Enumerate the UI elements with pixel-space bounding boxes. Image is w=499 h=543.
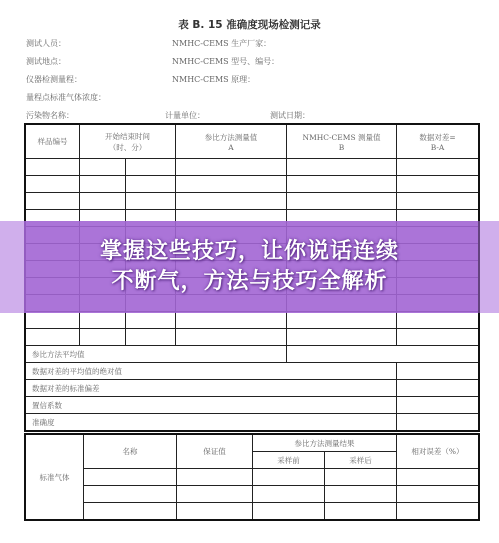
table-cell [176,176,287,193]
table-cell [126,312,176,329]
summary-row-accuracy: 准确度 [26,414,479,431]
table-cell [26,312,80,329]
table-cell [80,176,126,193]
table-cell [26,176,80,193]
table-header-row: 样品编号 开始结束时间 （时、分） 参比方法测量值 A NMHC-CEMS 测量… [26,125,479,159]
table-cell [80,159,126,176]
meta-instrument-range: 仪器检测量程： [26,74,82,85]
headline-line-2: 不断气，方法与技巧全解析 [111,267,387,297]
table-cell [176,159,287,176]
gas-row [26,486,479,503]
table-cell [176,329,287,346]
table-row [26,193,479,210]
standard-gas-table: 标准气体 名称 保证值 参比方法测量结果 相对误差（%） 采样前 采样后 [25,434,479,520]
meta-date: 测试日期： [270,110,310,121]
meta-principle: NMHC-CEMS 原理： [172,74,255,85]
headline-line-1: 掌握这些技巧，让你说话连续 [100,237,399,267]
table-cell [287,176,397,193]
summary-row-std-dev: 数据对差的标准偏差 [26,380,479,397]
table-cell [287,193,397,210]
table-cell [80,312,126,329]
table-cell [397,176,479,193]
gas-row [26,469,479,486]
header-difference: 数据对差= B-A [397,125,479,159]
summary-value [397,414,479,431]
summary-row-confidence: 置信系数 [26,397,479,414]
gas-row [26,503,479,520]
table-cell [287,329,397,346]
table-cell [397,159,479,176]
table-cell [80,193,126,210]
table-cell [126,193,176,210]
table-row [26,176,479,193]
table-cell [287,159,397,176]
meta-unit: 计量单位： [165,110,205,121]
header-ref-result: 参比方法测量结果 [253,435,397,452]
table-cell [126,159,176,176]
table-row [26,159,479,176]
summary-row-ref-average: 参比方法平均值 [26,346,479,363]
table-cell [397,193,479,210]
table-cell [126,329,176,346]
headline-banner: 掌握这些技巧，让你说话连续 不断气，方法与技巧全解析 [0,221,499,313]
header-reference-value: 参比方法测量值 A [176,125,287,159]
table-row [26,312,479,329]
meta-pollutant: 污染物名称： [26,110,74,121]
meta-tester: 测试人员： [26,38,66,49]
meta-manufacturer: NMHC-CEMS 生产厂家： [172,38,271,49]
header-after-sampling: 采样后 [325,452,397,469]
table-cell [397,329,479,346]
table-row [26,329,479,346]
table-cell [26,193,80,210]
header-gas-name: 名称 [84,435,177,469]
table-cell [176,312,287,329]
summary-value [397,363,479,380]
table-cell [26,329,80,346]
summary-value [397,397,479,414]
table-cell [26,159,80,176]
table-cell [287,312,397,329]
table-cell [80,329,126,346]
meta-model: NMHC-CEMS 型号、编号： [172,56,279,67]
document-title: 表 B. 15 准确度现场检测记录 [0,17,499,32]
header-certified-value: 保证值 [177,435,253,469]
summary-value [397,380,479,397]
summary-row-abs-mean-diff: 数据对差的平均值的绝对值 [26,363,479,380]
header-cems-value: NMHC-CEMS 测量值 B [287,125,397,159]
meta-span-gas: 量程点标准气体浓度： [26,92,106,103]
table-cell [126,176,176,193]
standard-gas-label: 标准气体 [26,435,84,520]
header-sample-no: 样品编号 [26,125,80,159]
table-cell [176,193,287,210]
header-relative-error: 相对误差（%） [397,435,479,469]
header-before-sampling: 采样前 [253,452,325,469]
table-cell [397,312,479,329]
summary-value [287,346,479,363]
meta-location: 测试地点： [26,56,66,67]
header-time: 开始结束时间 （时、分） [80,125,176,159]
